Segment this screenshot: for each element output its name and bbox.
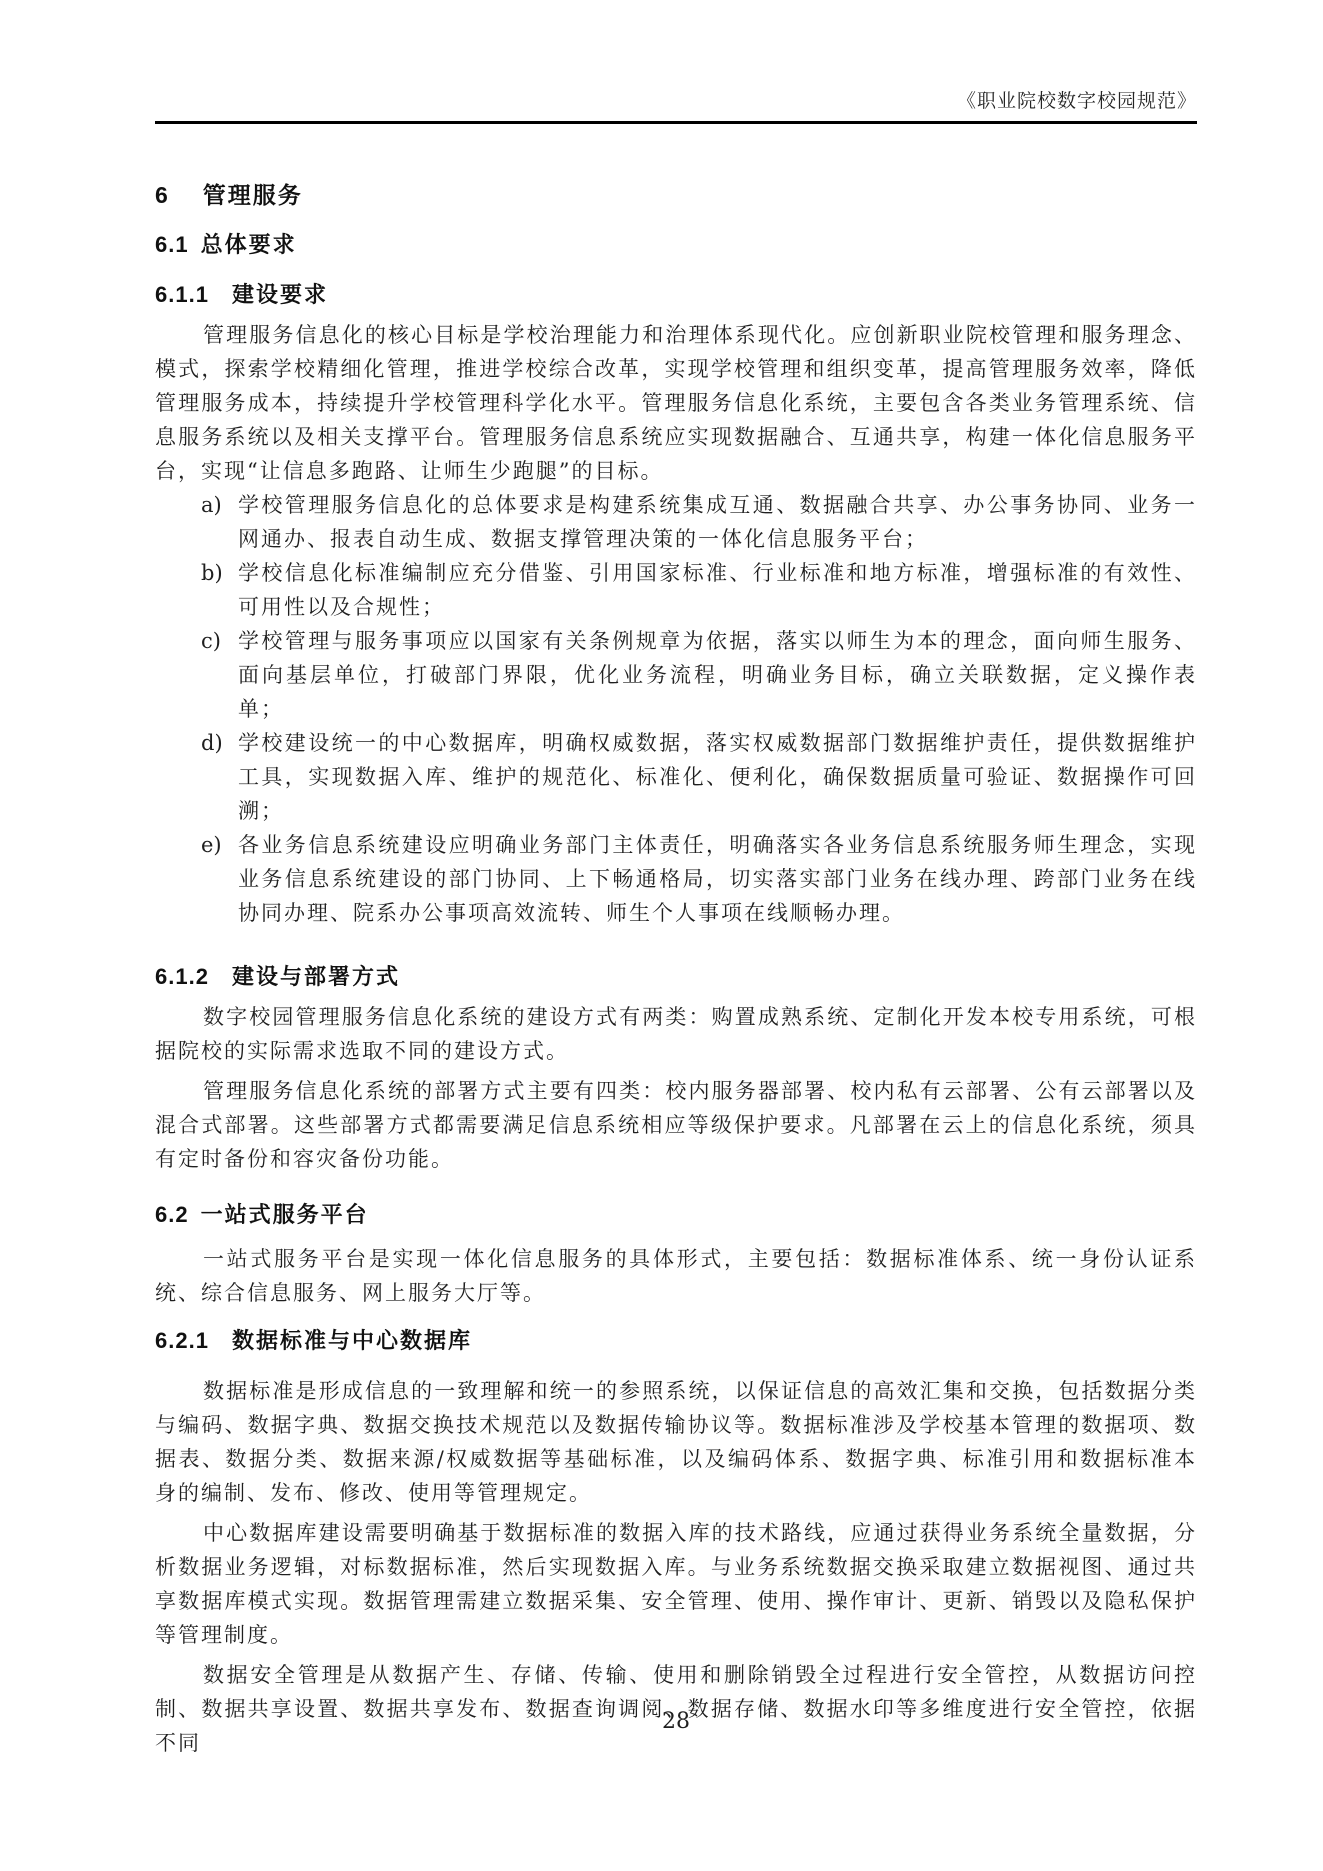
paragraph-6-2: 一站式服务平台是实现一体化信息服务的具体形式，主要包括：数据标准体系、统一身份认… [155,1242,1197,1310]
paragraph-6-1-1: 管理服务信息化的核心目标是学校治理能力和治理体系现代化。应创新职业院校管理和服务… [155,318,1197,488]
header-rule [155,121,1197,124]
paragraph-6-2-1-a: 数据标准是形成信息的一致理解和统一的参照系统，以保证信息的高效汇集和交换，包括数… [155,1374,1197,1510]
running-header-title: 《职业院校数字校园规范》 [957,90,1197,112]
section-title-6-1-1: 建设要求 [232,282,328,307]
section-number-6-1-2: 6.1.2 [155,964,209,989]
paragraph-6-1-2-b: 管理服务信息化系统的部署方式主要有四类：校内服务器部署、校内私有云部署、公有云部… [155,1074,1197,1176]
section-heading-6-2: 6.2一站式服务平台 [155,1200,1197,1230]
section-title-6-2: 一站式服务平台 [201,1202,369,1227]
section-heading-6-1-1: 6.1.1建设要求 [155,280,1197,310]
document-page: 《职业院校数字校园规范》 6管理服务 6.1总体要求 6.1.1建设要求 管理服… [0,0,1323,1871]
chapter-title: 管理服务 [203,182,303,208]
list-item-marker: d) [201,726,238,760]
paragraph-6-1-2-a: 数字校园管理服务信息化系统的建设方式有两类：购置成熟系统、定制化开发本校专用系统… [155,1000,1197,1068]
list-item: b) 学校信息化标准编制应充分借鉴、引用国家标准、行业标准和地方标准，增强标准的… [201,556,1197,624]
list-item-text: 各业务信息系统建设应明确业务部门主体责任，明确落实各业务信息系统服务师生理念，实… [238,828,1197,930]
section-number-6-2-1: 6.2.1 [155,1328,209,1353]
list-item-marker: e) [201,828,238,862]
section-title-6-1-2: 建设与部署方式 [232,964,400,989]
paragraph-6-2-1-b: 中心数据库建设需要明确基于数据标准的数据入库的技术路线，应通过获得业务系统全量数… [155,1516,1197,1652]
chapter-heading: 6管理服务 [155,180,1197,210]
list-item-text: 学校管理与服务事项应以国家有关条例规章为依据，落实以师生为本的理念，面向师生服务… [238,624,1197,726]
list-item: c) 学校管理与服务事项应以国家有关条例规章为依据，落实以师生为本的理念，面向师… [201,624,1197,726]
section-title-6-2-1: 数据标准与中心数据库 [232,1328,472,1353]
list-item: e) 各业务信息系统建设应明确业务部门主体责任，明确落实各业务信息系统服务师生理… [201,828,1197,930]
section-heading-6-2-1: 6.2.1数据标准与中心数据库 [155,1326,1197,1356]
page-number: 28 [662,1709,690,1734]
requirement-list: a) 学校管理服务信息化的总体要求是构建系统集成互通、数据融合共享、办公事务协同… [155,488,1197,930]
page-footer: 28 [155,1705,1197,1739]
section-heading-6-1-2: 6.1.2建设与部署方式 [155,962,1197,992]
section-number-6-2: 6.2 [155,1202,189,1227]
list-item-marker: a) [201,488,238,522]
list-item-text: 学校建设统一的中心数据库，明确权威数据，落实权威数据部门数据维护责任，提供数据维… [238,726,1197,828]
section-number-6-1-1: 6.1.1 [155,282,209,307]
list-item-marker: c) [201,624,238,658]
list-item: a) 学校管理服务信息化的总体要求是构建系统集成互通、数据融合共享、办公事务协同… [201,488,1197,556]
section-title-6-1: 总体要求 [201,232,297,257]
section-heading-6-1: 6.1总体要求 [155,230,1197,260]
list-item: d) 学校建设统一的中心数据库，明确权威数据，落实权威数据部门数据维护责任，提供… [201,726,1197,828]
chapter-number: 6 [155,182,168,208]
section-number-6-1: 6.1 [155,232,189,257]
list-item-text: 学校管理服务信息化的总体要求是构建系统集成互通、数据融合共享、办公事务协同、业务… [238,488,1197,556]
list-item-marker: b) [201,556,238,590]
list-item-text: 学校信息化标准编制应充分借鉴、引用国家标准、行业标准和地方标准，增强标准的有效性… [238,556,1197,624]
running-header: 《职业院校数字校园规范》 [155,0,1197,113]
